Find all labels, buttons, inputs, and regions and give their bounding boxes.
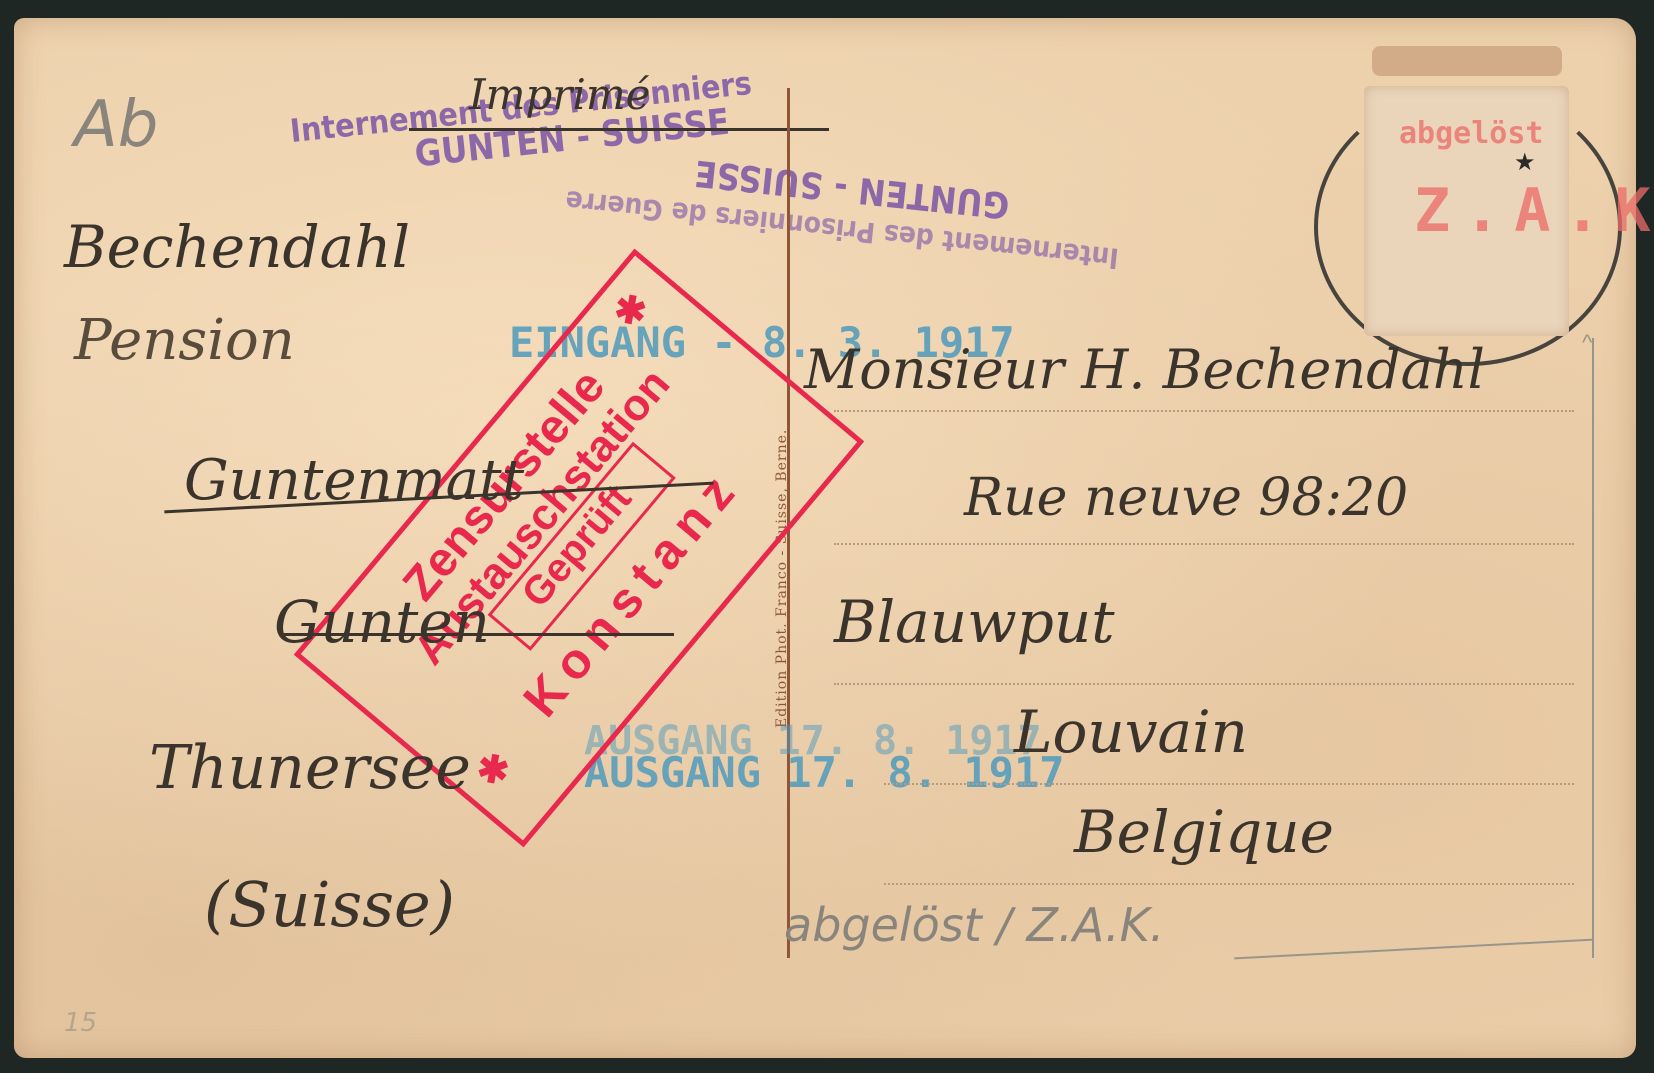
pencil-initials: Ab — [74, 88, 158, 162]
sender-line-1: Bechendahl — [64, 213, 410, 281]
pencil-corner-number: 15 — [64, 1008, 97, 1038]
address-dotted-line — [834, 683, 1574, 685]
imprime-handwriting: Imprimé — [469, 70, 651, 119]
postmark-star-icon: ★ — [1514, 148, 1536, 177]
sender-line-4-struck: Gunten — [274, 588, 490, 656]
strikethrough — [284, 633, 674, 636]
pencil-note: abgelöst / Z.A.K. — [784, 898, 1164, 952]
stamp-tear-remnant — [1372, 46, 1562, 76]
address-dotted-line — [834, 543, 1574, 545]
address-dotted-line — [884, 783, 1574, 785]
stamp-text-zak: Z.A.K. — [1414, 176, 1654, 246]
stamp-text-abgelost: abgelöst — [1399, 116, 1544, 151]
ausgang-date-stamp: AUSGANG 17. 8. 1917 — [584, 748, 1064, 797]
recipient-line-4: Louvain — [1014, 698, 1248, 766]
sender-line-2: Pension — [74, 308, 295, 373]
pencil-underline — [1234, 939, 1594, 960]
pencil-arrow-line — [1592, 338, 1594, 958]
recipient-line-1: Monsieur H. Bechendahl — [804, 338, 1485, 401]
recipient-line-3: Blauwput — [834, 588, 1115, 656]
sender-line-5: Thunersee — [149, 733, 471, 803]
postcard: Internement des Prisonniers GUNTEN - SUI… — [14, 18, 1636, 1058]
address-dotted-line — [884, 883, 1574, 885]
sender-line-6: (Suisse) — [204, 868, 455, 941]
removed-postage-stamp: abgelöst Z.A.K. — [1364, 86, 1569, 336]
address-dotted-line — [834, 410, 1574, 412]
pencil-arrow-icon: ^ — [1582, 330, 1592, 356]
imprime-underline — [409, 128, 829, 131]
recipient-line-2: Rue neuve 98:20 — [964, 468, 1408, 528]
recipient-line-5: Belgique — [1074, 798, 1334, 866]
